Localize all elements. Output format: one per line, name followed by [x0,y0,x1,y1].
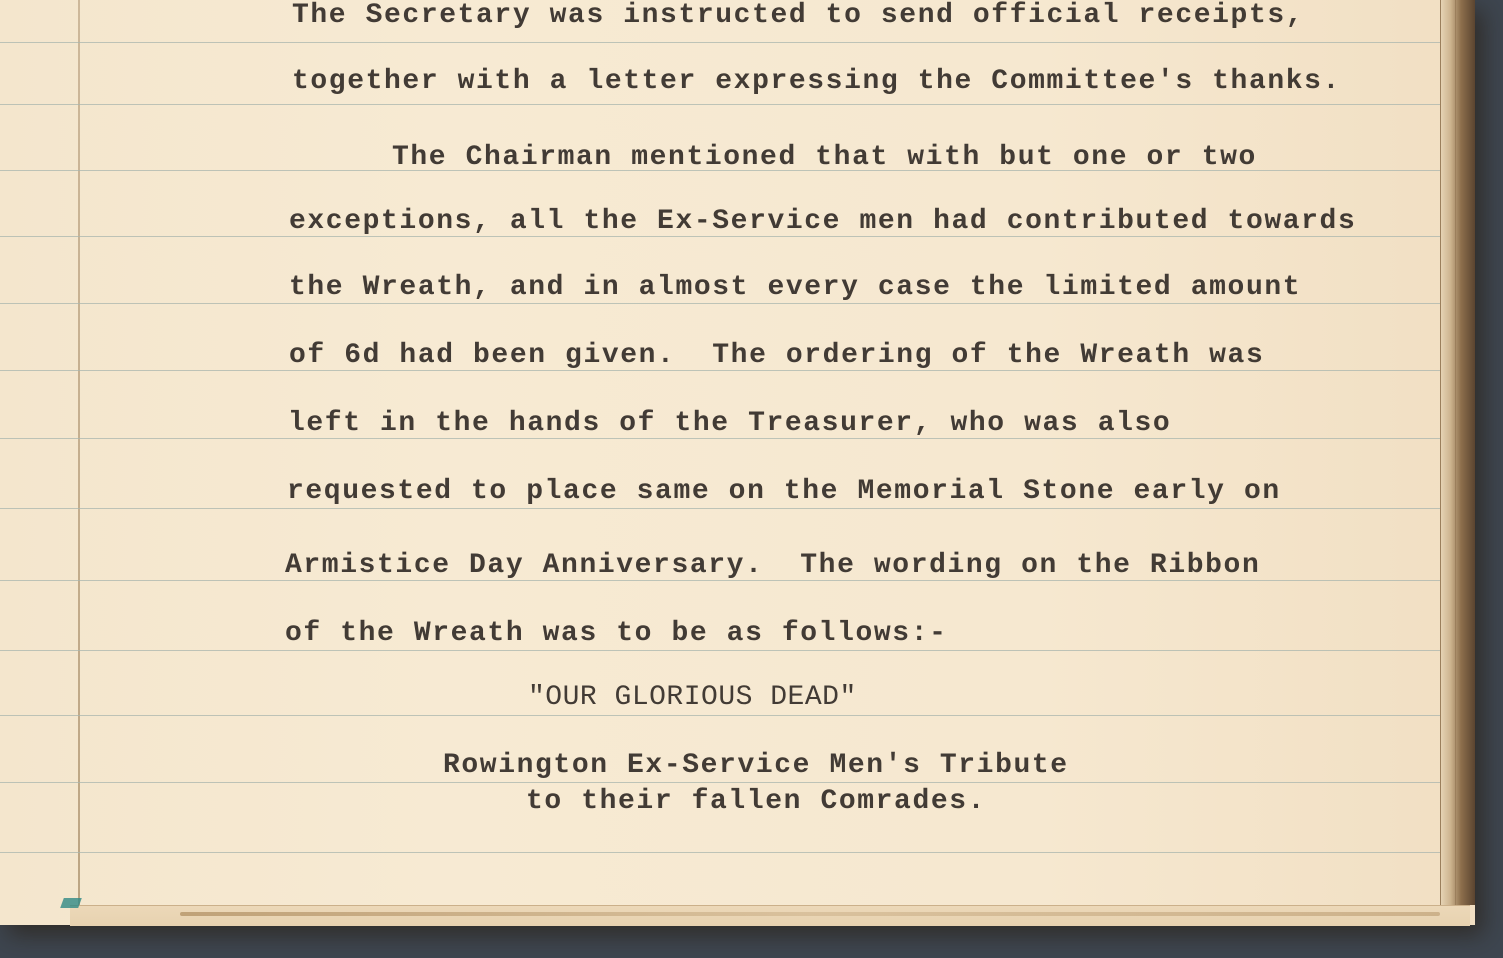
ruled-line [0,508,1445,509]
page-stack-edge [1440,0,1475,905]
minutes-line-8: requested to place same on the Memorial … [287,476,1281,507]
ribbon-text-line-1: Rowington Ex-Service Men's Tribute [443,750,1069,781]
ribbon-heading: "OUR GLORIOUS DEAD" [528,682,857,713]
ruled-line [0,42,1445,43]
minutes-line-3: The Chairman mentioned that with but one… [392,142,1257,173]
minutes-line-10: of the Wreath was to be as follows:- [285,618,948,649]
page-edge-line [1455,0,1456,905]
ruled-line [0,650,1445,651]
minutes-line-9: Armistice Day Anniversary. The wording o… [285,550,1260,581]
minutes-line-2: together with a letter expressing the Co… [292,66,1341,97]
minutes-line-5: the Wreath, and in almost every case the… [289,272,1301,303]
ruled-line [0,104,1445,105]
minutes-line-7: left in the hands of the Treasurer, who … [288,408,1171,439]
minutes-line-4: exceptions, all the Ex-Service men had c… [289,206,1356,237]
binding-thread [60,898,82,908]
ruled-line [0,715,1445,716]
minutes-line-1: The Secretary was instructed to send off… [292,0,1304,31]
minutes-line-6: of 6d had been given. The ordering of th… [289,340,1264,371]
edge-stain [180,912,1440,916]
ruled-line [0,852,1445,853]
ruled-line [0,303,1445,304]
ribbon-text-line-2: to their fallen Comrades. [526,786,986,817]
page-fold [78,0,80,905]
ruled-line [0,782,1445,783]
page-edge-line [1440,0,1441,905]
notebook-page: The Secretary was instructed to send off… [0,0,1475,925]
